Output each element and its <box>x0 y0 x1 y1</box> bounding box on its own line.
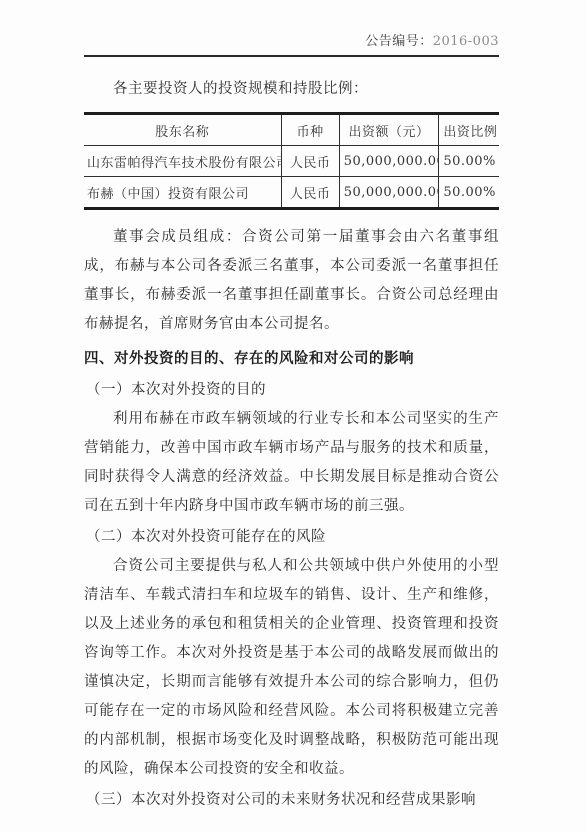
cell-currency: 人民币 <box>281 146 339 177</box>
table-row: 山东雷帕得汽车技术股份有限公司 人民币 50,000,000.00 50.00% <box>84 146 499 177</box>
intro-paragraph: 各主要投资人的投资规模和持股比例： <box>84 75 499 104</box>
cell-currency: 人民币 <box>281 177 339 209</box>
section4-heading: 四、对外投资的目的、存在的风险和对公司的影响 <box>84 345 499 374</box>
header-shareholder-name: 股东名称 <box>84 114 281 146</box>
cell-ratio: 50.00% <box>439 177 499 209</box>
cell-shareholder-name: 布赫（中国）投资有限公司 <box>84 177 281 209</box>
document-page: 公告编号：2016-003 各主要投资人的投资规模和持股比例： 股东名称 币种 … <box>0 0 587 833</box>
announcement-number-label: 公告编号： <box>365 34 433 49</box>
header-amount: 出资额（元） <box>339 114 439 146</box>
table-header-row: 股东名称 币种 出资额（元） 出资比例 <box>84 114 499 146</box>
subsection2-body: 合资公司主要提供与私人和公共领域中供户外使用的小型清洁车、车载式清扫车和垃圾车的… <box>84 552 499 784</box>
header-currency: 币种 <box>281 114 339 146</box>
board-composition-paragraph: 董事会成员组成：合资公司第一届董事会由六名董事组成，布赫与本公司各委派三名董事，… <box>84 223 499 339</box>
cell-ratio: 50.00% <box>439 146 499 177</box>
investors-table: 股东名称 币种 出资额（元） 出资比例 山东雷帕得汽车技术股份有限公司 人民币 … <box>84 112 499 210</box>
subsection3-heading: （三）本次对外投资对公司的未来财务状况和经营成果影响 <box>86 786 499 815</box>
announcement-header: 公告编号：2016-003 <box>84 30 499 57</box>
cell-amount: 50,000,000.00 <box>339 177 439 209</box>
subsection1-heading: （一）本次对外投资的目的 <box>86 376 499 405</box>
header-ratio: 出资比例 <box>439 114 499 146</box>
table-row: 布赫（中国）投资有限公司 人民币 50,000,000.00 50.00% <box>84 177 499 209</box>
subsection2-heading: （二）本次对外投资可能存在的风险 <box>86 523 499 552</box>
cell-amount: 50,000,000.00 <box>339 146 439 177</box>
cell-shareholder-name: 山东雷帕得汽车技术股份有限公司 <box>84 146 281 177</box>
announcement-number-value: 2016-003 <box>433 34 499 49</box>
subsection1-body: 利用布赫在市政车辆领域的行业专长和本公司坚实的生产营销能力，改善中国市政车辆市场… <box>84 405 499 521</box>
